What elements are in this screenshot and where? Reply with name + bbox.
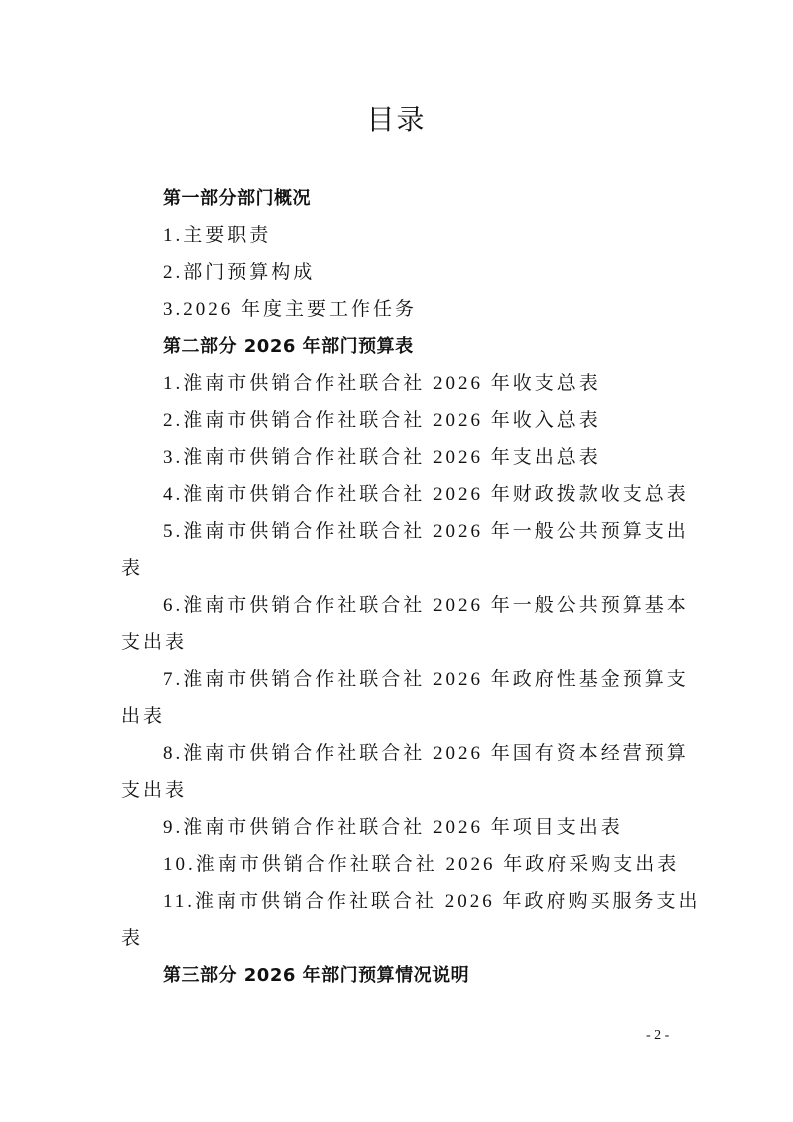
toc-item[interactable]: 6.淮南市供销合作社联合社 2026 年一般公共预算基本 <box>121 587 676 624</box>
toc-item[interactable]: 7.淮南市供销合作社联合社 2026 年政府性基金预算支 <box>121 661 676 698</box>
toc-item-continuation[interactable]: 支出表 <box>121 624 676 661</box>
toc-item[interactable]: 2.部门预算构成 <box>121 254 676 291</box>
toc-item[interactable]: 8.淮南市供销合作社联合社 2026 年国有资本经营预算 <box>121 735 676 772</box>
page-number: - 2 - <box>646 1028 669 1044</box>
toc-item[interactable]: 3.2026 年度主要工作任务 <box>121 291 676 328</box>
toc-item-continuation[interactable]: 出表 <box>121 698 676 735</box>
document-page: 目录 第一部分部门概况 1.主要职责 2.部门预算构成 3.2026 年度主要工… <box>0 0 793 1122</box>
toc-item[interactable]: 1.主要职责 <box>121 217 676 254</box>
toc-item-continuation[interactable]: 支出表 <box>121 772 676 809</box>
toc-item[interactable]: 11.淮南市供销合作社联合社 2026 年政府购买服务支出 <box>121 883 676 920</box>
toc-part1-heading[interactable]: 第一部分部门概况 <box>121 180 676 217</box>
toc-item-continuation[interactable]: 表 <box>121 550 676 587</box>
toc-item[interactable]: 4.淮南市供销合作社联合社 2026 年财政拨款收支总表 <box>121 476 676 513</box>
toc-item-continuation[interactable]: 表 <box>121 920 676 957</box>
toc-part3-heading[interactable]: 第三部分 2026 年部门预算情况说明 <box>121 957 676 994</box>
toc-item[interactable]: 2.淮南市供销合作社联合社 2026 年收入总表 <box>121 402 676 439</box>
toc-item[interactable]: 3.淮南市供销合作社联合社 2026 年支出总表 <box>121 439 676 476</box>
table-of-contents: 第一部分部门概况 1.主要职责 2.部门预算构成 3.2026 年度主要工作任务… <box>121 180 676 994</box>
toc-item[interactable]: 9.淮南市供销合作社联合社 2026 年项目支出表 <box>121 809 676 846</box>
toc-item[interactable]: 1.淮南市供销合作社联合社 2026 年收支总表 <box>121 365 676 402</box>
toc-part2-heading[interactable]: 第二部分 2026 年部门预算表 <box>121 328 676 365</box>
toc-item[interactable]: 5.淮南市供销合作社联合社 2026 年一般公共预算支出 <box>121 513 676 550</box>
toc-item[interactable]: 10.淮南市供销合作社联合社 2026 年政府采购支出表 <box>121 846 676 883</box>
page-title: 目录 <box>0 98 793 138</box>
